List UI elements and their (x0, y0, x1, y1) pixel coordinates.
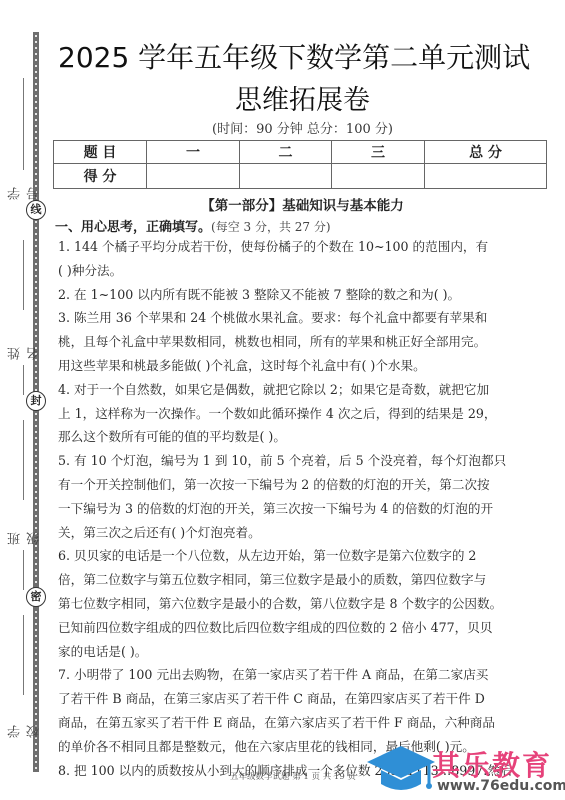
question-line: 倍，第二位数字与第五位数字相同，第三位数字是最小的质数，第四位数字与 (58, 568, 536, 592)
question-line: 上 1，这样称为一次操作。一个数如此循环操作 4 次之后，得到的结果是 29， (58, 402, 536, 426)
page-title: 2025 学年五年级下数学第二单元测试 (58, 36, 488, 76)
question-line: 2. 在 1~100 以内所有既不能被 3 整除又不能被 7 整除的数之和为( … (58, 283, 536, 307)
watermark-url: www.76edu.com (437, 778, 565, 794)
question-line: 5. 有 10 个灯泡，编号为 1 到 10，前 5 个亮着，后 5 个没亮着，… (58, 449, 536, 473)
question-line: 3. 陈兰用 36 个苹果和 24 个桃做水果礼盒。要求：每个礼盒中都要有苹果和 (58, 306, 536, 330)
question-line: 家的电话是( )。 (58, 640, 536, 664)
seal-mark-mi: 密 (26, 587, 46, 607)
score-cell[interactable] (425, 164, 547, 189)
question-line: 关，第三次之后还有( )个灯泡亮着。 (58, 521, 536, 545)
header-cell: 总 分 (425, 141, 547, 164)
score-table-header-row: 题 目 一 二 三 总 分 (54, 141, 547, 164)
section-title: 一、用心思考，正确填写。 (55, 220, 211, 235)
score-cell[interactable] (240, 164, 332, 189)
section-note: (每空 3 分，共 27 分) (211, 220, 331, 234)
part-title: 【第一部分】基础知识与基本能力 (0, 194, 565, 214)
question-line: 7. 小明带了 100 元出去购物，在第一家店买了若干件 A 商品，在第二家店买 (58, 663, 536, 687)
question-line: 第七位数字相同，第六位数字是最小的合数，第八位数字是 8 个数字的公因数。 (58, 592, 536, 616)
watermark-logo: 其乐教育 www.76edu.com (365, 742, 565, 800)
question-line: 有一个开关控制他们，第一次按一下编号为 2 的倍数的灯泡的开关，第二次按 (58, 473, 536, 497)
header-cell: 题 目 (54, 141, 147, 164)
question-line: 1. 144 个橘子平均分成若干份，使每份橘子的个数在 10~100 的范围内，… (58, 235, 536, 259)
score-table: 题 目 一 二 三 总 分 得 分 (53, 140, 547, 189)
time-info: (时间：90 分钟 总分：100 分) (0, 118, 565, 137)
header-cell: 三 (332, 141, 425, 164)
question-line: 一下编号为 3 的倍数的灯泡的开关，第三次按一下编号为 4 的倍数的灯泡的开 (58, 497, 536, 521)
question-line: 已知前四位数字组成的四位数比后四位数字组成的四位数的 2 倍小 477，贝贝 (58, 616, 536, 640)
margin-label-class: 班级 (6, 505, 26, 545)
question-line: 商品，在第五家买了若干件 E 商品，在第六家店买了若干件 F 商品，六种商品 (58, 711, 536, 735)
question-list: 1. 144 个橘子平均分成若干份，使每份橘子的个数在 10~100 的范围内，… (58, 235, 536, 782)
question-line: 了若干件 B 商品，在第三家店买了若干件 C 商品，在第四家店买了若干件 D (58, 687, 536, 711)
score-cell[interactable] (332, 164, 425, 189)
question-line: 4. 对于一个自然数，如果它是偶数，就把它除以 2；如果它是奇数，就把它加 (58, 378, 536, 402)
question-line: 那么这个数所有可能的值的平均数是( )。 (58, 425, 536, 449)
page-subtitle: 思维拓展卷 (0, 78, 565, 117)
section-heading: 一、用心思考，正确填写。(每空 3 分，共 27 分) (55, 216, 331, 235)
question-line: 6. 贝贝家的电话是一个八位数，从左边开始，第一位数字是第六位数字的 2 (58, 544, 536, 568)
score-row-label: 得 分 (54, 164, 147, 189)
margin-writing-line (23, 420, 24, 500)
question-line: 桃，且每个礼盒中苹果数相同，桃数也相同，所有的苹果和桃正好全部用完。 (58, 330, 536, 354)
margin-label-name: 姓名 (6, 320, 26, 360)
margin-writing-line (23, 365, 24, 395)
page-footer: 五年级数学试题 第 1 页 共 19 页 (230, 770, 356, 782)
margin-writing-line (23, 550, 24, 590)
margin-label-school: 学校 (6, 698, 26, 738)
margin-writing-line (23, 615, 24, 695)
header-cell: 一 (147, 141, 240, 164)
header-cell: 二 (240, 141, 332, 164)
question-line: ( )种分法。 (58, 259, 536, 283)
question-line: 用这些苹果和桃最多能做( )个礼盒，这时每个礼盒中有( )个水果。 (58, 354, 536, 378)
score-cell[interactable] (147, 164, 240, 189)
seal-mark-feng: 封 (26, 391, 46, 411)
graduation-cap-icon (365, 744, 437, 800)
score-table-score-row: 得 分 (54, 164, 547, 189)
margin-writing-line (23, 240, 24, 310)
